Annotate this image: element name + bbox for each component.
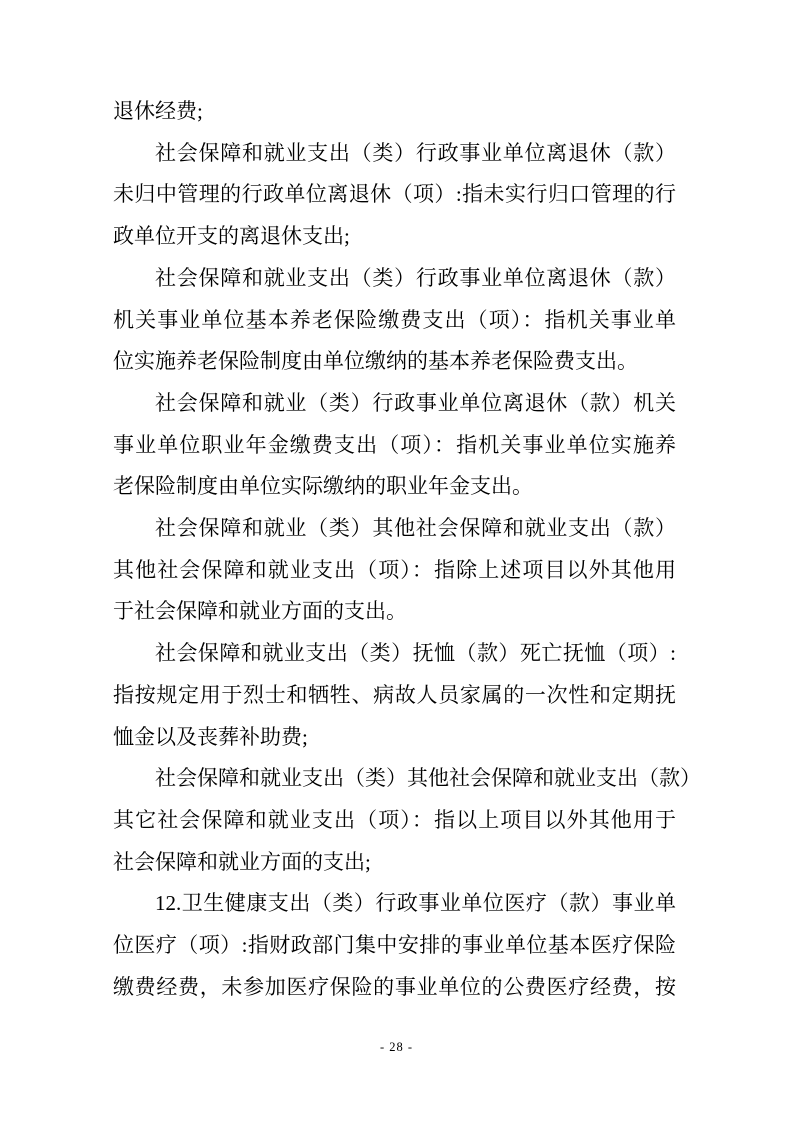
text-line: 政单位开支的离退休支出; — [113, 216, 676, 258]
text-line: 恤金以及丧葬补助费; — [113, 717, 676, 759]
text-line: 退休经费; — [113, 91, 676, 133]
text-line: 机关事业单位基本养老保险缴费支出（项）：指机关事业单 — [113, 300, 676, 342]
paragraph: 社会保障和就业（类）行政事业单位离退休（款）机关事业单位职业年金缴费支出（项）：… — [113, 383, 676, 508]
paragraph: 社会保障和就业支出（类）抚恤（款）死亡抚恤（项）:指按规定用于烈士和牺牲、病故人… — [113, 633, 676, 758]
text-line: 老保险制度由单位实际缴纳的职业年金支出。 — [113, 466, 676, 508]
paragraph: 社会保障和就业支出（类）行政事业单位离退休（款）未归中管理的行政单位离退休（项）… — [113, 133, 676, 258]
text-line: 位实施养老保险制度由单位缴纳的基本养老保险费支出。 — [113, 341, 676, 383]
text-line: 其他社会保障和就业支出（项）：指除上述项目以外其他用 — [113, 550, 676, 592]
text-line: 社会保障和就业支出（类）行政事业单位离退休（款） — [113, 133, 676, 175]
paragraph: 12.卫生健康支出（类）行政事业单位医疗（款）事业单位医疗（项）:指财政部门集中… — [113, 883, 676, 1008]
text-line: 社会保障和就业方面的支出; — [113, 842, 676, 884]
paragraph: 社会保障和就业支出（类）其他社会保障和就业支出（款）其它社会保障和就业支出（项）… — [113, 758, 676, 883]
paragraph: 社会保障和就业（类）其他社会保障和就业支出（款）其他社会保障和就业支出（项）：指… — [113, 508, 676, 633]
paragraph: 社会保障和就业支出（类）行政事业单位离退休（款）机关事业单位基本养老保险缴费支出… — [113, 258, 676, 383]
paragraph: 退休经费; — [113, 91, 676, 133]
text-line: 事业单位职业年金缴费支出（项）：指机关事业单位实施养 — [113, 425, 676, 467]
text-line: 社会保障和就业支出（类）行政事业单位离退休（款） — [113, 258, 676, 300]
text-line: 于社会保障和就业方面的支出。 — [113, 591, 676, 633]
text-line: 社会保障和就业（类）行政事业单位离退休（款）机关 — [113, 383, 676, 425]
text-line: 社会保障和就业支出（类）抚恤（款）死亡抚恤（项）: — [113, 633, 676, 675]
text-line: 12.卫生健康支出（类）行政事业单位医疗（款）事业单 — [113, 883, 676, 925]
text-line: 社会保障和就业（类）其他社会保障和就业支出（款） — [113, 508, 676, 550]
text-line: 指按规定用于烈士和牺牲、病故人员家属的一次性和定期抚 — [113, 675, 676, 717]
text-line: 缴费经费，未参加医疗保险的事业单位的公费医疗经费，按 — [113, 967, 676, 1009]
text-line: 位医疗（项）:指财政部门集中安排的事业单位基本医疗保险 — [113, 925, 676, 967]
page-number: - 28 - — [0, 1040, 793, 1055]
document-page: 退休经费;社会保障和就业支出（类）行政事业单位离退休（款）未归中管理的行政单位离… — [0, 0, 793, 1122]
text-line: 未归中管理的行政单位离退休（项）:指未实行归口管理的行 — [113, 174, 676, 216]
document-body: 退休经费;社会保障和就业支出（类）行政事业单位离退休（款）未归中管理的行政单位离… — [113, 91, 676, 1008]
text-line: 其它社会保障和就业支出（项）：指以上项目以外其他用于 — [113, 800, 676, 842]
text-line: 社会保障和就业支出（类）其他社会保障和就业支出（款） — [113, 758, 676, 800]
